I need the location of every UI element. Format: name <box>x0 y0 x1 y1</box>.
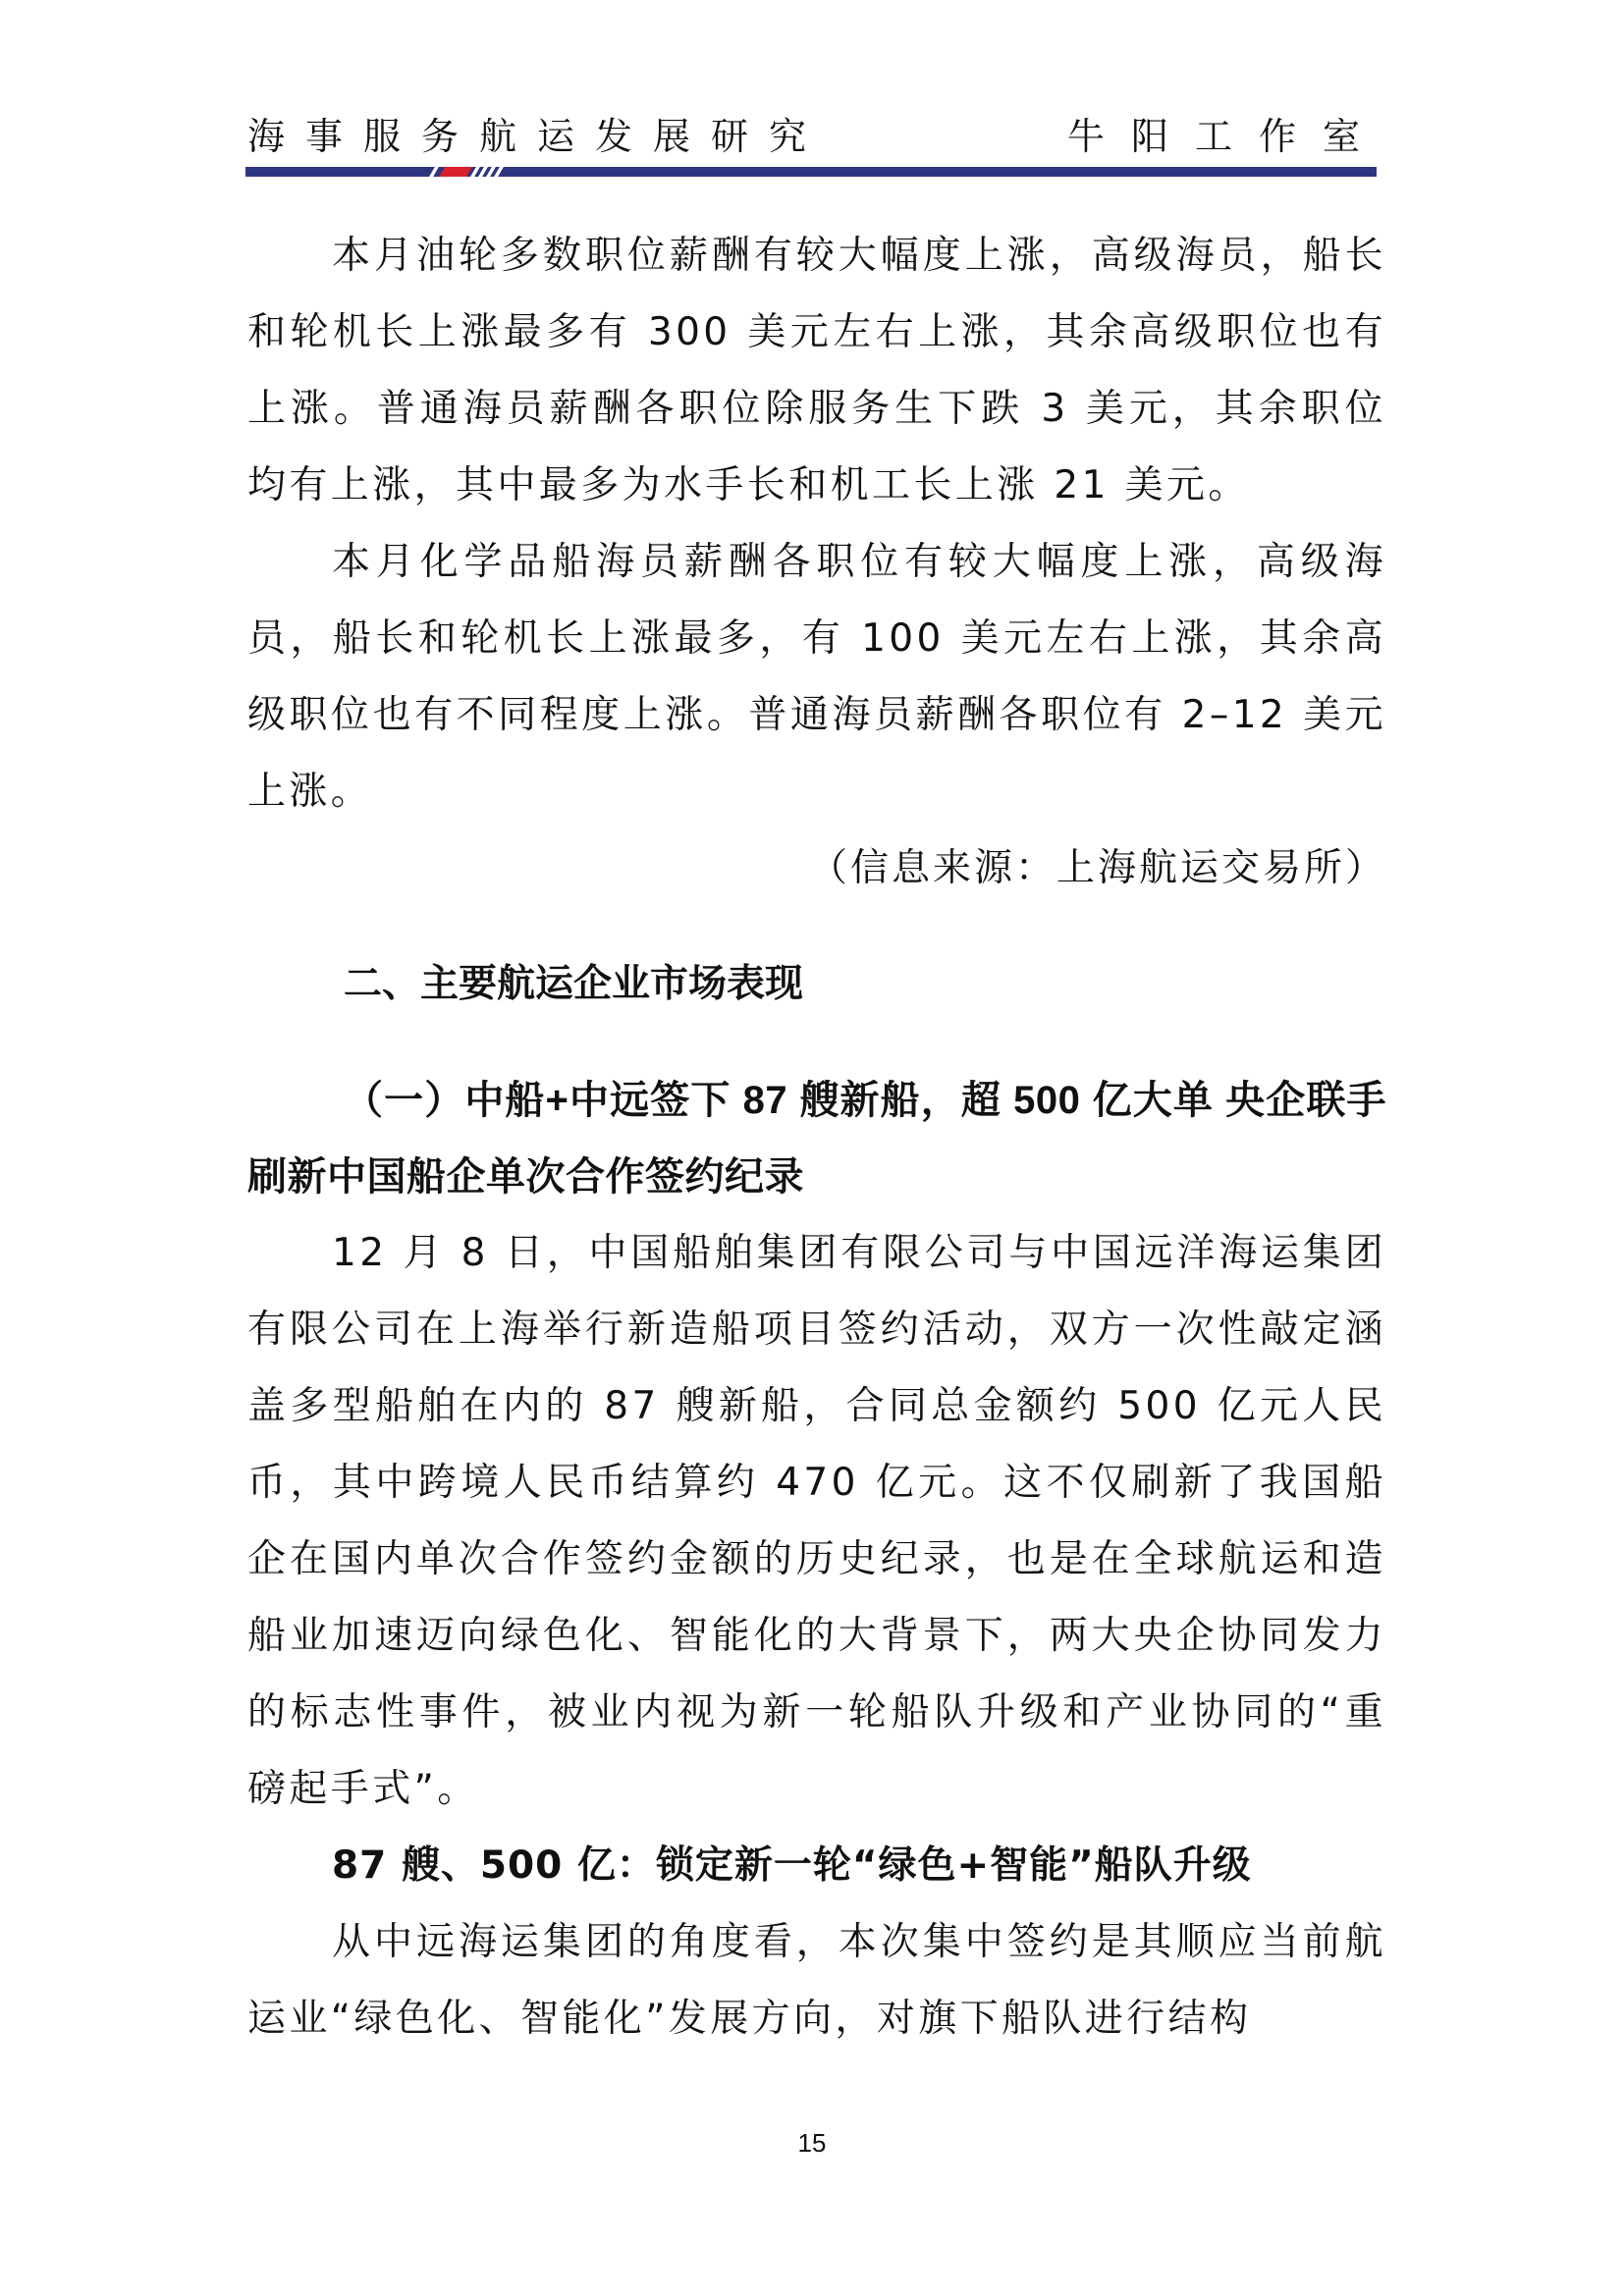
paragraph-cosco-perspective: 从中远海运集团的角度看，本次集中签约是其顺应当前航运业“绿色化、智能化”发展方向… <box>247 1904 1386 2057</box>
section-heading: 二、主要航运企业市场表现 <box>247 946 1386 1023</box>
header-divider-bar <box>245 167 1377 177</box>
divider-red-accent <box>439 167 472 177</box>
subheading-fleet-upgrade: 87 艘、500 亿：锁定新一轮“绿色+智能”船队升级 <box>247 1828 1386 1904</box>
paragraph-chemical-wages: 本月化学品船海员薪酬各职位有较大幅度上涨，高级海员，船长和轮机长上涨最多，有 1… <box>247 524 1386 830</box>
page-content: 本月油轮多数职位薪酬有较大幅度上涨，高级海员，船长和轮机长上涨最多有 300 美… <box>247 218 1386 2057</box>
paragraph-tanker-wages: 本月油轮多数职位薪酬有较大幅度上涨，高级海员，船长和轮机长上涨最多有 300 美… <box>247 218 1386 524</box>
paragraph-signing-event: 12 月 8 日，中国船舶集团有限公司与中国远洋海运集团有限公司在上海举行新造船… <box>247 1215 1386 1828</box>
header-studio-name: 牛阳工作室 <box>1067 106 1386 160</box>
subsection-heading: （一）中船+中远签下 87 艘新船，超 500 亿大单 央企联手刷新中国船企单次… <box>247 1062 1386 1215</box>
page-number: 15 <box>0 2128 1624 2159</box>
divider-stripe <box>429 167 439 177</box>
page-header: 海事服务航运发展研究 牛阳工作室 <box>245 106 1377 155</box>
header-publication-title: 海事服务航运发展研究 <box>247 106 827 160</box>
divider-stripe <box>494 167 504 177</box>
source-citation: （信息来源：上海航运交易所） <box>247 830 1386 907</box>
